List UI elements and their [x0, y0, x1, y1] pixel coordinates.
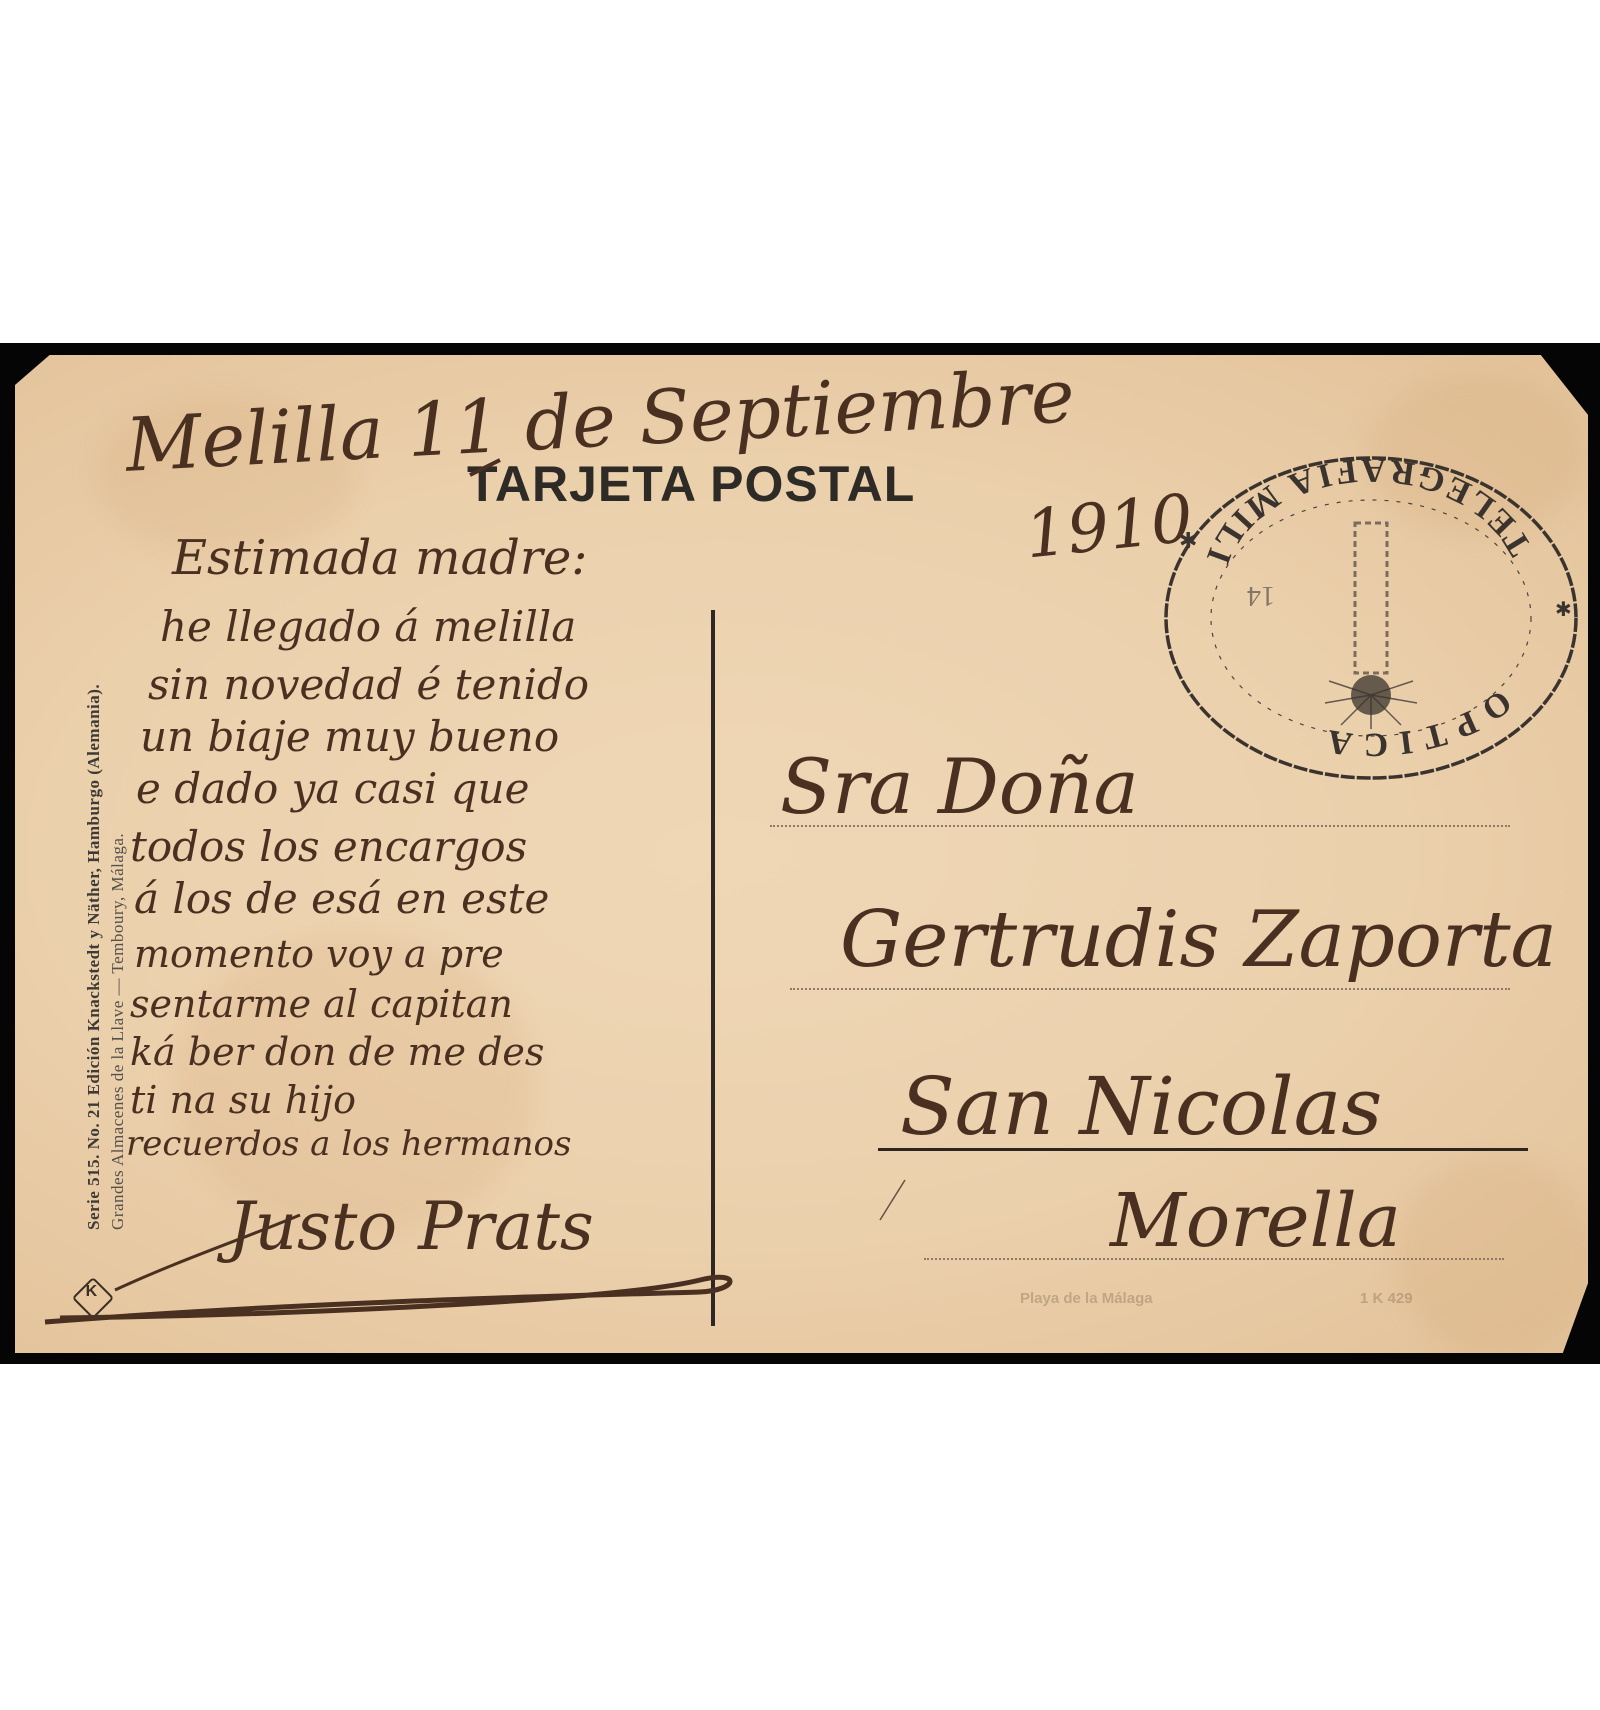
publisher-logo-letter: K: [86, 1283, 98, 1301]
message-line: momento voy a pre: [134, 932, 504, 976]
address-line-4-text: Morella: [1110, 1178, 1401, 1264]
front-caption-title: Playa de la Málaga: [1020, 1290, 1153, 1307]
message-line: todos los encargos: [130, 822, 527, 871]
message-line: un biaje muy bueno: [140, 712, 559, 761]
publisher-line-1: Serie 515. No. 21 Edición Knackstedt y N…: [84, 684, 104, 1230]
message-line: ti na su hijo: [130, 1078, 356, 1122]
age-stain: [1395, 1155, 1595, 1355]
address-line-3-text: San Nicolas: [900, 1060, 1382, 1153]
message-line: á los de esá en este: [134, 874, 549, 923]
message-line: sin novedad é tenido: [148, 660, 589, 709]
message-line: ká ber don de me des: [130, 1030, 544, 1074]
message-address-divider: [711, 610, 715, 1326]
address-line-2-text: Gertrudis Zaporta: [840, 895, 1557, 985]
address-line-1-text: Sra Doña: [780, 742, 1139, 831]
message-line: e dado ya casi que: [136, 764, 529, 813]
postmark-date: 14: [1247, 580, 1275, 611]
publisher-imprint: Serie 515. No. 21 Edición Knackstedt y N…: [84, 684, 128, 1230]
postmark-oval-icon: OPTICA TELEGRAFIA MILITAR ✱ ✱ 14: [1155, 433, 1587, 791]
message-line: sentarme al capitan: [130, 982, 513, 1026]
message-line: he llegado á melilla: [160, 602, 576, 651]
message-line: recuerdos a los hermanos: [126, 1124, 571, 1164]
svg-text:✱: ✱: [1555, 599, 1572, 621]
postmark: OPTICA TELEGRAFIA MILITAR ✱ ✱ 14: [1155, 433, 1587, 791]
signature: Justo Prats: [228, 1188, 594, 1265]
front-caption-number: 1 K 429: [1360, 1290, 1413, 1307]
salutation: Estimada madre:: [172, 530, 587, 586]
publisher-line-2: Grandes Almacenes de la Llave — Temboury…: [108, 684, 128, 1230]
address-line-2: [790, 988, 1510, 990]
svg-text:✱: ✱: [1179, 528, 1197, 553]
